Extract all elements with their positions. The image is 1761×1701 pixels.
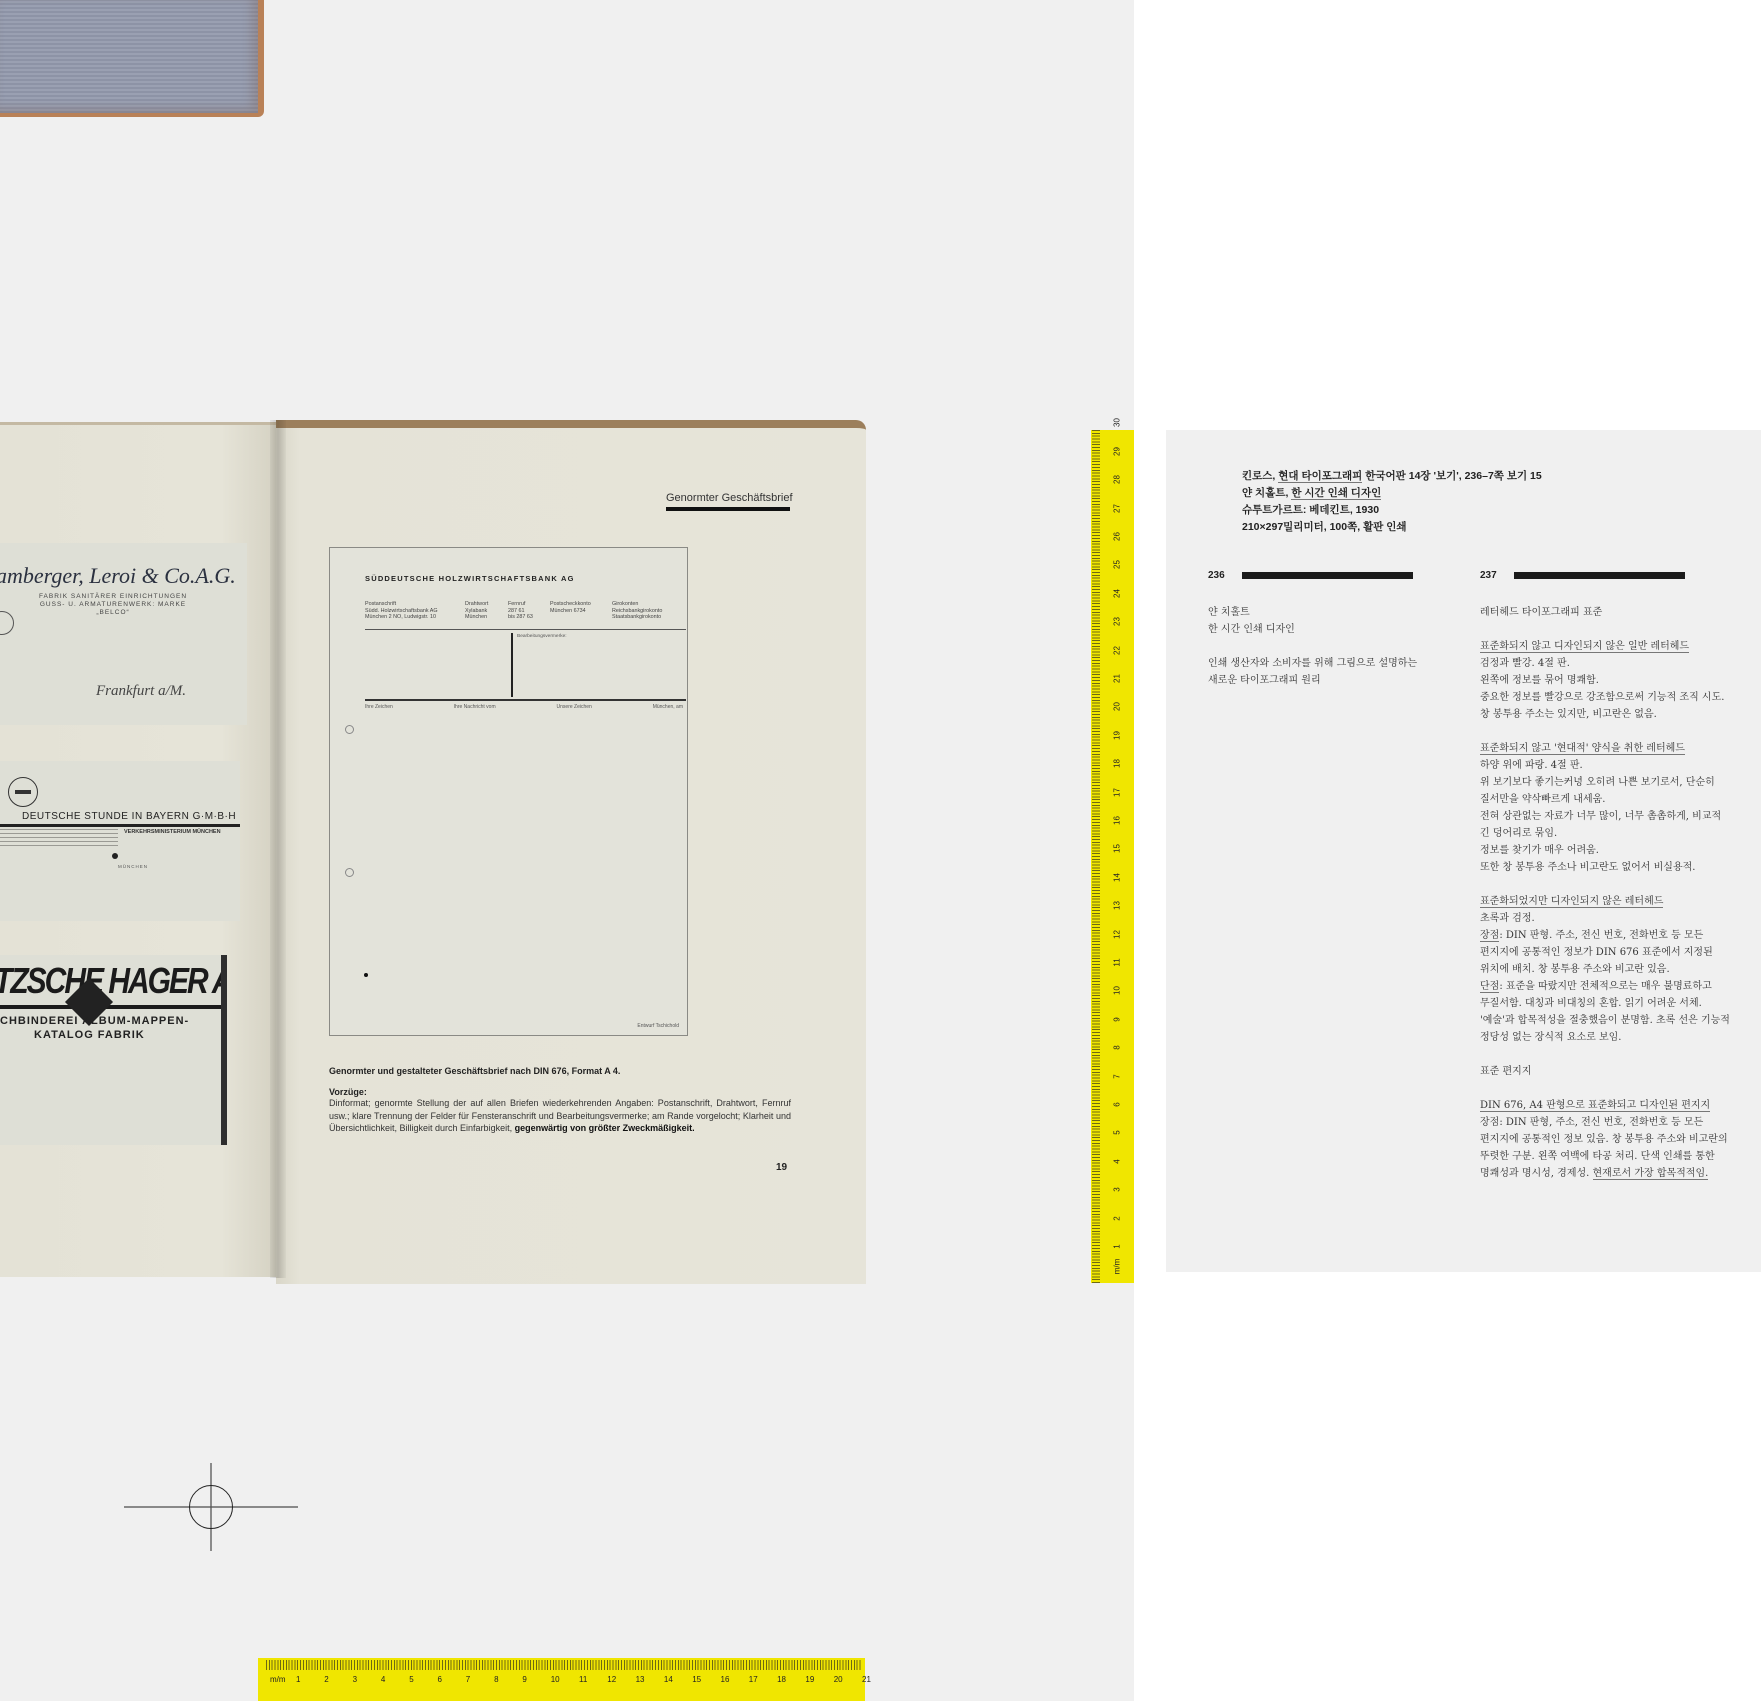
ruler-unit: m/m xyxy=(1113,1259,1122,1275)
ruler-label: 28 xyxy=(1113,472,1122,488)
ruler-label: 26 xyxy=(1113,529,1122,545)
ruler-label: 6 xyxy=(1113,1097,1122,1113)
ruler-label: 21 xyxy=(862,1675,871,1684)
section-title: 표준화되지 않고 디자인되지 않은 일반 레터헤드 xyxy=(1480,641,1689,653)
ruler-label: 21 xyxy=(1113,671,1122,687)
source-citation: 킨로스, 현대 타이포그래피 한국어판 14장 '보기', 236–7쪽 보기 … xyxy=(1242,468,1542,485)
ruler-label: 19 xyxy=(1113,727,1122,743)
page-rule xyxy=(1242,572,1413,579)
publication-line: 슈투트가르트: 베데킨트, 1930 xyxy=(1242,502,1542,519)
section-title: 표준화되었지만 디자인되지 않은 레터헤드 xyxy=(1480,896,1663,908)
ruler-label: 11 xyxy=(1113,955,1122,971)
divider xyxy=(365,629,686,630)
work-title: 한 시간 인쇄 디자인 xyxy=(1291,487,1381,500)
ruler-label: 11 xyxy=(579,1675,587,1684)
page-number: 237 xyxy=(1480,570,1514,581)
ruler-label: 15 xyxy=(1113,841,1122,857)
ruler-label: 22 xyxy=(1113,642,1122,658)
running-head: Genormter Geschäftsbrief xyxy=(666,492,793,504)
letterhead-subtitle: FABRIK SANITÄRER EINRICHTUNGEN GUSS- U. … xyxy=(28,593,198,617)
page-rule xyxy=(1514,572,1685,579)
letterhead-name: DEUTSCHE STUNDE IN BAYERN G·M·B·H xyxy=(22,811,236,822)
fine-print xyxy=(0,829,118,847)
emblem-icon xyxy=(0,611,14,635)
page-237-column: 237 레터헤드 타이포그래피 표준 표준화되지 않고 디자인되지 않은 일반 … xyxy=(1480,570,1730,1182)
processing-label: Bearbeitungsvermerke: xyxy=(517,634,567,639)
divider xyxy=(365,699,686,701)
ruler-label: 18 xyxy=(1113,756,1122,772)
ruler-label: 16 xyxy=(1113,813,1122,829)
ruler-label: 15 xyxy=(692,1675,701,1684)
letterhead-sample-3: TZSCHE HAGER A.G. CHBINDEREI ALBUM-MAPPE… xyxy=(0,955,227,1145)
ruler-label: 3 xyxy=(1113,1182,1122,1198)
ruler-label: 8 xyxy=(1113,1040,1122,1056)
source-title-link[interactable]: 현대 타이포그래피 xyxy=(1278,470,1362,483)
punch-hole-icon xyxy=(345,868,354,877)
format-line: 210×297밀리미터, 100쪽, 활판 인쇄 xyxy=(1242,519,1542,536)
design-credit: Entwurf Tschichold xyxy=(637,1023,679,1029)
vertical-ruler: m/m1234567891011121314151617181920212223… xyxy=(1091,430,1134,1283)
letterhead-name: amberger, Leroi & Co.A.G. xyxy=(0,563,236,589)
ruler-label: 23 xyxy=(1113,614,1122,630)
divider xyxy=(0,1005,222,1009)
fold-mark-icon xyxy=(364,973,368,977)
ruler-label: 12 xyxy=(1113,926,1122,942)
ruler-label: 10 xyxy=(1113,983,1122,999)
info-column: Postanschrift Südd. Holzwirtschaftsbank … xyxy=(365,601,438,621)
ruler-label: 10 xyxy=(551,1675,560,1684)
bank-name: SÜDDEUTSCHE HOLZWIRTSCHAFTSBANK AG xyxy=(365,574,575,583)
ruler-label: 16 xyxy=(721,1675,730,1684)
info-column: Postscheckkonto München 6734 xyxy=(550,601,591,614)
horizontal-ruler: m/m 123456789101112131415161718192021 xyxy=(258,1658,865,1701)
ruler-label: 24 xyxy=(1113,585,1122,601)
ruler-label: 2 xyxy=(1113,1210,1122,1226)
letterhead-city: MÜNCHEN xyxy=(118,864,148,869)
letterhead-sample-1: amberger, Leroi & Co.A.G. FABRIK SANITÄR… xyxy=(0,543,247,725)
letter-sample: SÜDDEUTSCHE HOLZWIRTSCHAFTSBANK AG Posta… xyxy=(329,547,688,1036)
page-236-column: 236 얀 치홀트 한 시간 인쇄 디자인 인쇄 생산자와 소비자를 위해 그림… xyxy=(1208,570,1423,689)
author-line: 얀 치홀트, 한 시간 인쇄 디자인 xyxy=(1242,485,1542,502)
letterhead-city: Frankfurt a/M. xyxy=(96,683,186,700)
section-heading: 표준 편지지 xyxy=(1480,1063,1730,1080)
ruler-label: 4 xyxy=(1113,1153,1122,1169)
ruler-label: 1 xyxy=(296,1675,300,1684)
registration-mark-icon xyxy=(124,1463,298,1551)
ruler-label: 9 xyxy=(1113,1011,1122,1027)
ruler-label: 5 xyxy=(1113,1125,1122,1141)
ruler-label: 14 xyxy=(1113,869,1122,885)
running-head-rule xyxy=(666,507,790,511)
ruler-label: 1 xyxy=(1113,1239,1122,1255)
ruler-label: 20 xyxy=(1113,699,1122,715)
letterhead-department: VERKEHRSMINISTERIUM MÜNCHEN xyxy=(124,829,221,835)
book-page-number: 19 xyxy=(776,1162,787,1173)
info-column: Girokonten Reichsbankgirokonto Staatsban… xyxy=(612,601,662,621)
ruler-label: 4 xyxy=(381,1675,385,1684)
ruler-label: 25 xyxy=(1113,557,1122,573)
book-caption: Genormter und gestalteter Geschäftsbrief… xyxy=(329,1066,791,1135)
dot-icon xyxy=(112,853,118,859)
divider xyxy=(221,955,227,1145)
info-column: Fernruf 287 61 bis 287 63 xyxy=(508,601,533,621)
section-heading: 레터헤드 타이포그래피 표준 xyxy=(1480,604,1730,621)
ruler-label: 7 xyxy=(1113,1068,1122,1084)
ruler-label: 17 xyxy=(1113,784,1122,800)
ruler-unit: m/m xyxy=(270,1675,286,1684)
book-gutter xyxy=(270,420,286,1278)
book-left-page: amberger, Leroi & Co.A.G. FABRIK SANITÄR… xyxy=(0,422,276,1277)
ruler-label: 2 xyxy=(324,1675,328,1684)
info-panel: 킨로스, 현대 타이포그래피 한국어판 14장 '보기', 236–7쪽 보기 … xyxy=(1166,430,1761,1272)
ruler-label: 7 xyxy=(466,1675,470,1684)
ruler-label: 5 xyxy=(409,1675,413,1684)
divider xyxy=(511,633,513,697)
ruler-label: 19 xyxy=(805,1675,814,1684)
ruler-label: 13 xyxy=(636,1675,645,1684)
section-title: 표준화되지 않고 '현대적' 양식을 취한 레터헤드 xyxy=(1480,743,1685,755)
ruler-label: 6 xyxy=(438,1675,442,1684)
caption-title: Genormter und gestalteter Geschäftsbrief… xyxy=(329,1066,791,1076)
ruler-label: 12 xyxy=(607,1675,616,1684)
ruler-label: 13 xyxy=(1113,898,1122,914)
reference-fields: Ihre Zeichen Ihre Nachricht vom Unsere Z… xyxy=(365,704,683,710)
ruler-label: 14 xyxy=(664,1675,673,1684)
caption-body: Dinformat; genormte Stellung der auf all… xyxy=(329,1097,791,1135)
book-cover-photo xyxy=(0,0,264,117)
section-title: DIN 676, A4 판형으로 표준화되고 디자인된 편지지 xyxy=(1480,1100,1710,1112)
letterhead-name: TZSCHE HAGER A.G. xyxy=(0,962,227,1003)
caption-subtitle: Vorzüge: xyxy=(329,1087,791,1097)
source-metadata: 킨로스, 현대 타이포그래피 한국어판 14장 '보기', 236–7쪽 보기 … xyxy=(1242,468,1542,536)
info-column: Drahtwort Xylabank München xyxy=(465,601,488,621)
ruler-label: 9 xyxy=(522,1675,526,1684)
punch-hole-icon xyxy=(345,725,354,734)
ruler-label: 20 xyxy=(834,1675,843,1684)
letterhead-sample-2: DEUTSCHE STUNDE IN BAYERN G·M·B·H VERKEH… xyxy=(0,761,240,921)
ruler-label: 30 xyxy=(1113,415,1122,431)
ruler-label: 29 xyxy=(1113,443,1122,459)
page-number: 236 xyxy=(1208,570,1242,581)
ruler-ticks xyxy=(266,1660,862,1670)
divider xyxy=(0,824,240,827)
ruler-label: 17 xyxy=(749,1675,758,1684)
ruler-label: 3 xyxy=(353,1675,357,1684)
ruler-label: 27 xyxy=(1113,500,1122,516)
airplane-logo-icon xyxy=(8,777,38,807)
ruler-ticks xyxy=(1092,430,1108,1283)
ruler-label: 8 xyxy=(494,1675,498,1684)
ruler-label: 18 xyxy=(777,1675,786,1684)
